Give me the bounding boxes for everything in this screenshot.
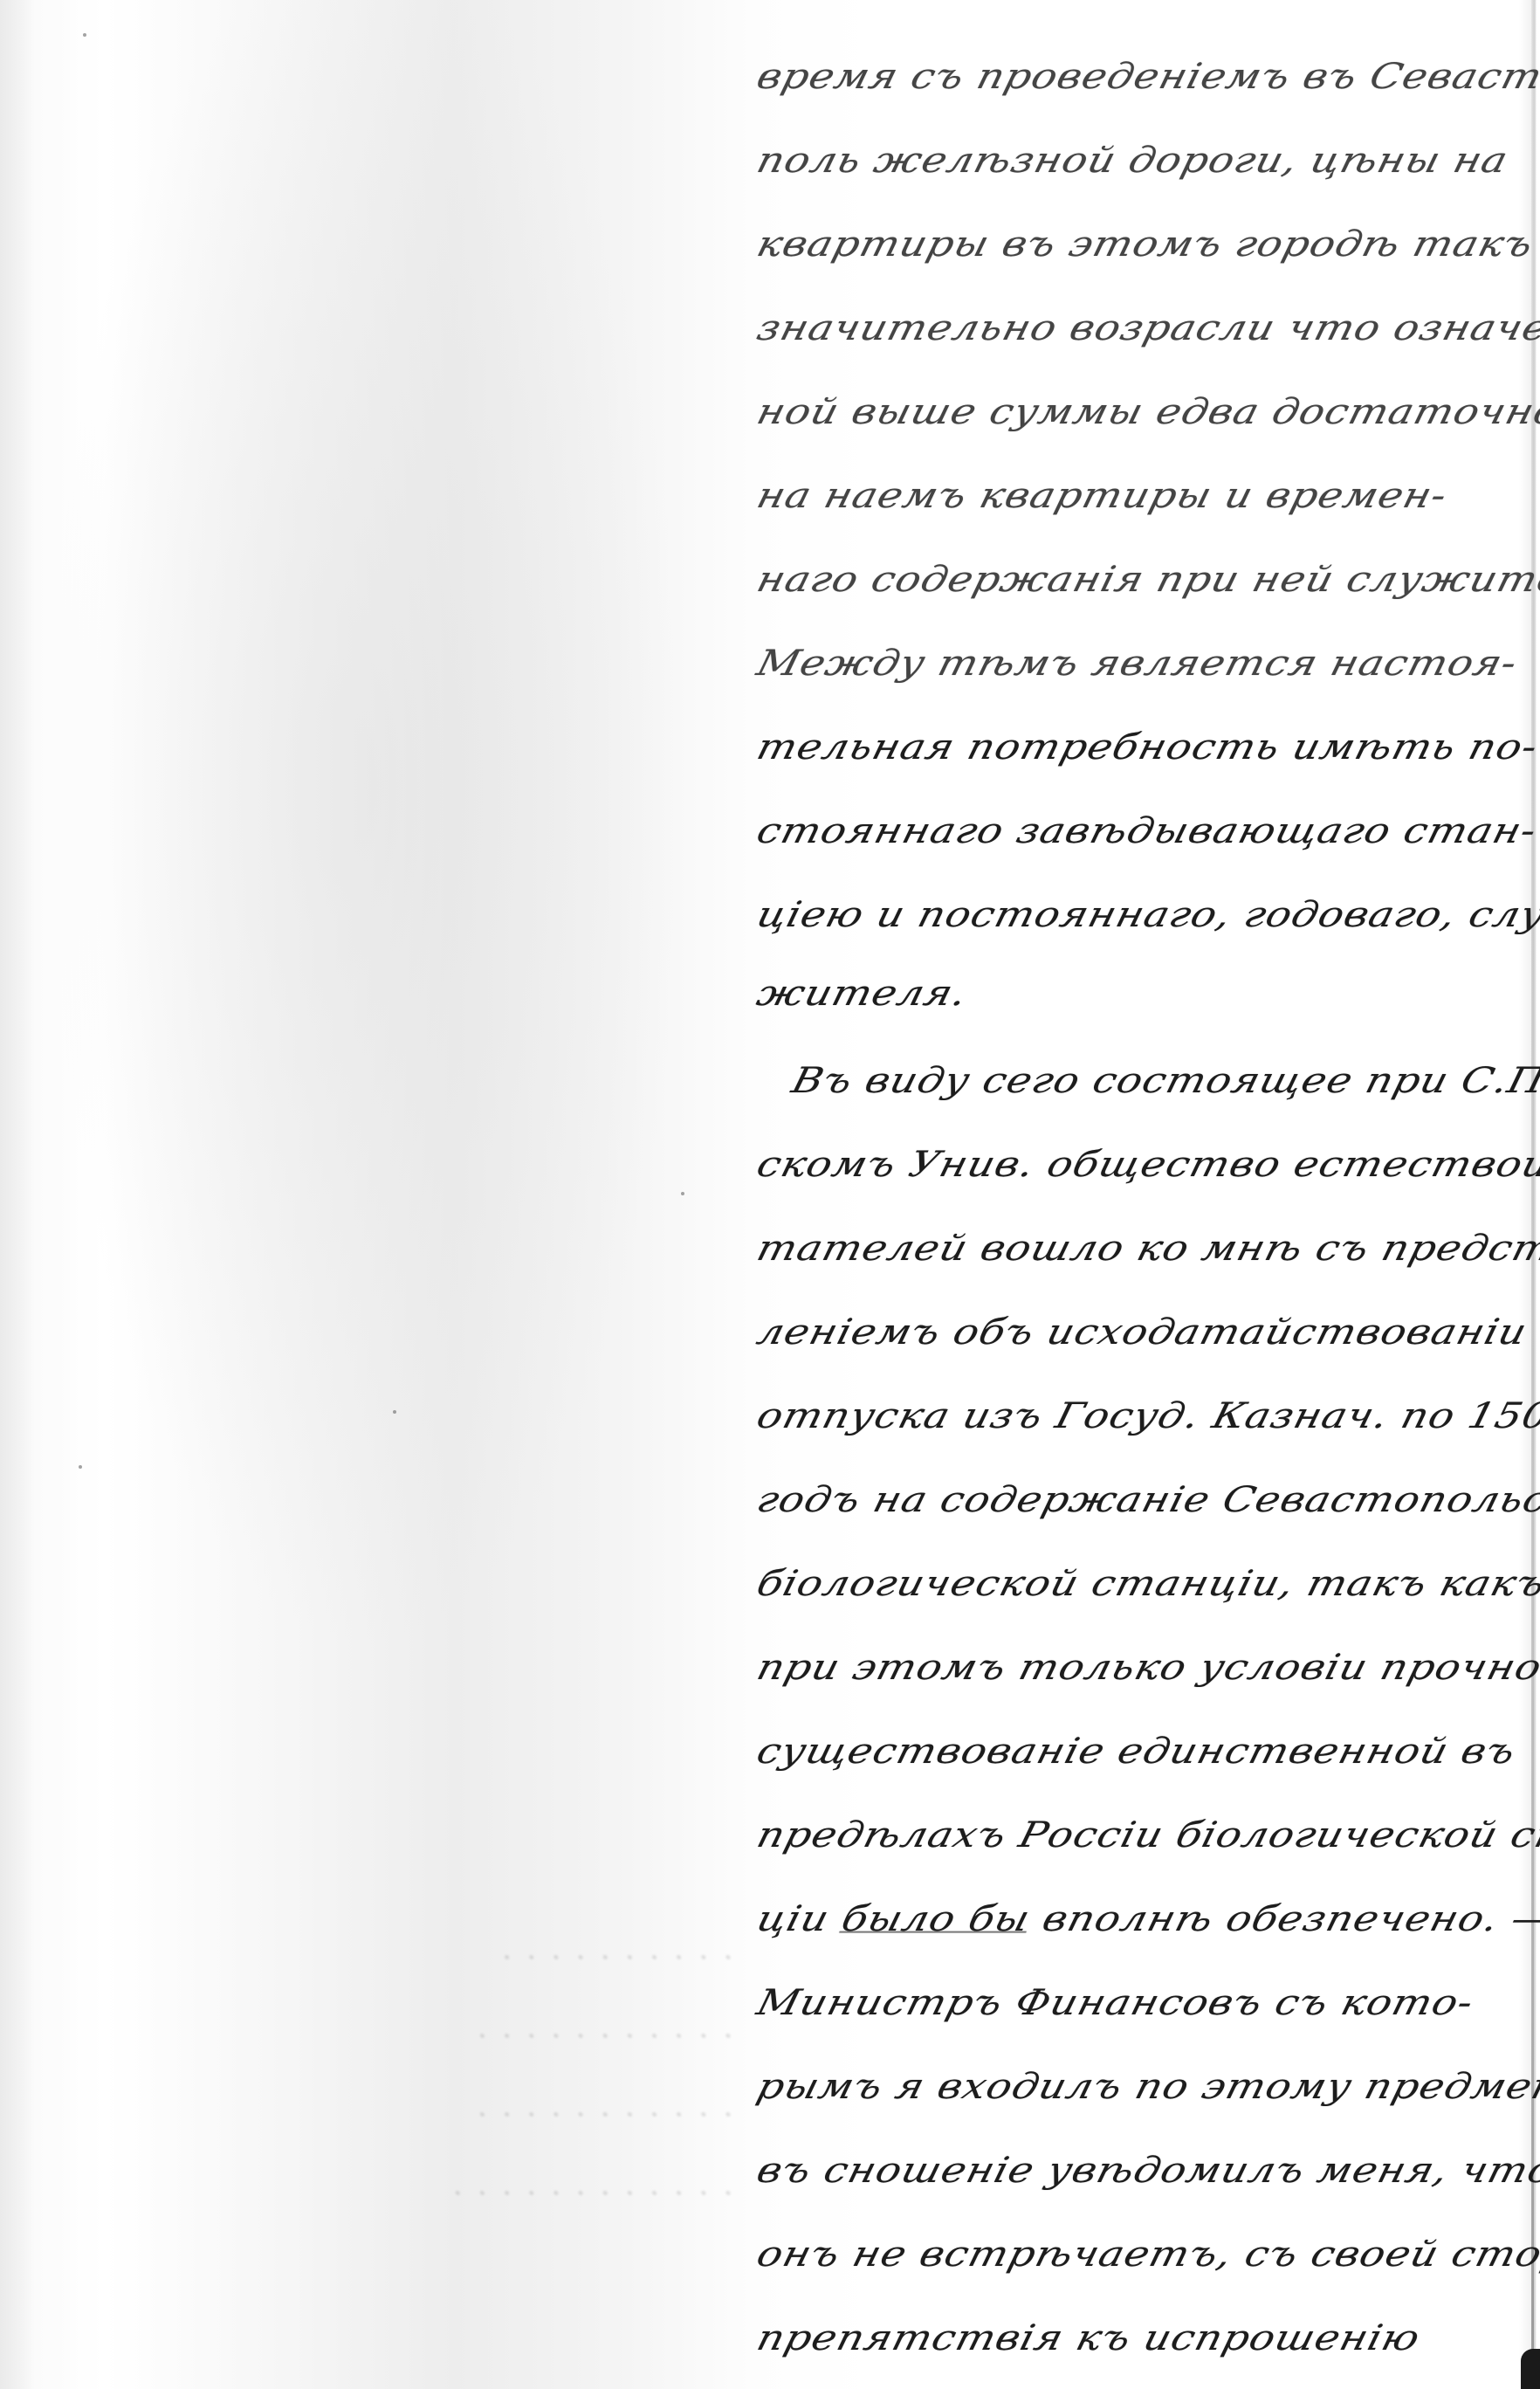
underlined-phrase: было бы [837, 1898, 1035, 1939]
text-line: жителя. [749, 958, 976, 1030]
text-line: препятствія къ испрошенію [749, 2303, 1428, 2375]
text-line: наго содержанія при ней служителя. [749, 544, 1540, 616]
scanned-page: · · · · · · · · · · · · · · · · · · · · … [0, 0, 1540, 2389]
text-line: Министръ Финансовъ съ кото- [749, 1967, 1482, 2040]
paper-speck [681, 1192, 684, 1195]
text-line: отпуска изъ Госуд. Казнач. по 1500 р. въ [749, 1380, 1540, 1453]
page-left-shadow [0, 0, 35, 2389]
text-line: рымъ я входилъ по этому предмету [749, 2051, 1540, 2124]
bleed-through-text: · · · · · · · · · · · · · · · · · · · · … [35, 1938, 733, 2253]
text-line: біологической станціи, такъ какъ [749, 1548, 1540, 1621]
text-line: квартиры въ этомъ городѣ такъ [749, 209, 1540, 281]
text-line: существованіе единственной въ [749, 1716, 1524, 1788]
paper-speck [83, 33, 86, 37]
text-line: ціею и постояннаго, годоваго, слу- [749, 879, 1540, 952]
bleed-line: · · · · · · · · · · · [35, 2096, 733, 2174]
text-line: леніемъ объ исходатайствованіи [749, 1297, 1536, 1369]
text-line: стояннаго завѣдывающаго стан- [749, 795, 1540, 868]
paper-speck [393, 1410, 396, 1414]
text-line: ной выше суммы едва достаточно [749, 376, 1540, 449]
text-line: поль желѣзной дороги, цѣны на [749, 125, 1516, 197]
text-line: предѣлахъ Россіи біологической стан- [749, 1800, 1540, 1872]
bleed-line: · · · · · · · · · · · · [35, 2174, 733, 2253]
text-line: тельная потребность имѣть по- [749, 712, 1540, 784]
text-line: при этомъ только условіи прочное [749, 1632, 1540, 1704]
text-line: онъ не встрѣчаетъ, съ своей стороны, [749, 2219, 1540, 2291]
bleed-line: · · · · · · · · · · [35, 1938, 733, 2017]
page-corner-dark-mark [1521, 2349, 1540, 2389]
text-line: скомъ Унив. общество естествоиспы- [749, 1129, 1540, 1201]
text-line: годъ на содержаніе Севастопольской [749, 1464, 1540, 1537]
text-line: время съ проведеніемъ въ Севасто- [749, 41, 1540, 114]
text-line: значительно возрасли что означен- [749, 293, 1540, 365]
text-line: въ сношеніе увѣдомилъ меня, что [749, 2135, 1540, 2207]
text-line: тателей вошло ко мнѣ съ представ- [749, 1213, 1540, 1285]
paper-speck [79, 1465, 82, 1469]
bleed-line: · · · · · · · · · · · [35, 2017, 733, 2096]
text-line-with-underline: ціи было бы вполнѣ обезпечено. — [749, 1883, 1540, 1956]
text-line: на наемъ квартиры и времен- [749, 460, 1455, 533]
paragraph-start-line: Въ виду сего состоящее при С.Петербург- [784, 1045, 1540, 1118]
text-line: Между тѣмъ является настоя- [749, 628, 1526, 700]
